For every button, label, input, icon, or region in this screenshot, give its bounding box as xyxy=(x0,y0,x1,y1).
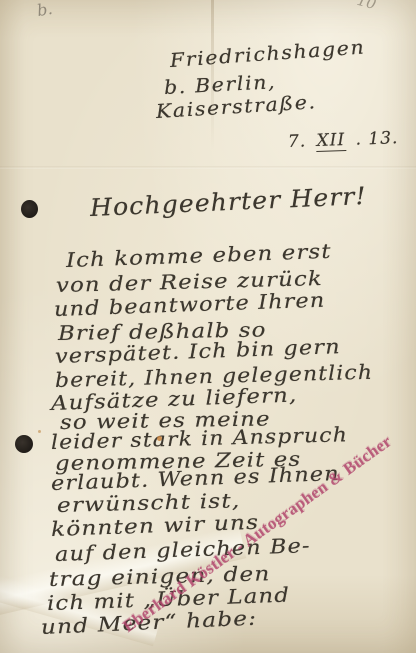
scanned-letter-page: b. 10 Friedrichshagen b. Berlin, Kaisers… xyxy=(0,0,416,653)
paper-edge-shadow xyxy=(0,0,416,653)
